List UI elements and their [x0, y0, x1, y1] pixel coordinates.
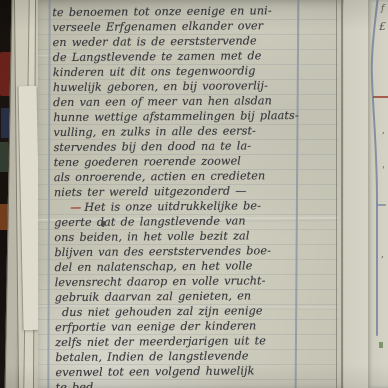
text-line: hunne wettige afstammelingen bij plaats- [53, 108, 305, 125]
facing-page-blue-tick [377, 204, 386, 206]
facing-page-text-fragment: , [381, 250, 384, 260]
facing-page-green-mark [379, 342, 383, 348]
facing-page-text-fragment: £ [379, 20, 386, 33]
page-fold-line [341, 0, 343, 388]
facing-page-blue-margin-curve [368, 0, 388, 388]
manuscript-photo: te benoemen tot onze eenige en uni-verse… [0, 0, 388, 388]
page-fold-line [336, 0, 337, 388]
facing-page-text-fragment: , [382, 126, 385, 136]
handwriting-lines: te benoemen tot onze eenige en uni-verse… [52, 3, 307, 388]
facing-page-red-rule [373, 96, 388, 98]
book-spine-blue [1, 108, 9, 138]
facing-page-text-fragment: f [381, 4, 384, 14]
text-line: blijven van des eerststervendes boe- [54, 243, 306, 260]
manuscript-page: te benoemen tot onze eenige en uni-verse… [38, 0, 370, 388]
left-margin-rule [47, 0, 50, 388]
blank-right-margin [344, 0, 370, 388]
paragraph-dash-mark: — [70, 200, 81, 214]
facing-page-text-fragment: ' [382, 166, 384, 176]
facing-page-sliver: f £ , ' , [368, 0, 388, 388]
book-spine-green [0, 142, 8, 172]
text-line: te benoemen tot onze eenige en uni- [52, 3, 304, 20]
